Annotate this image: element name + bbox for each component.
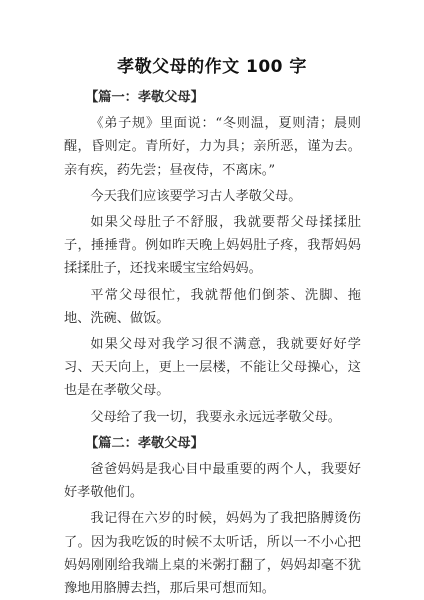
document-page: 孝敬父母的作文 100 字 【篇一：孝敬父母】 《弟子规》里面说：“冬则温，夏则… xyxy=(0,0,424,600)
paragraph: 《弟子规》里面说：“冬则温，夏则清；晨则醒，昏则定。青所好，力为具；亲所恶，谨为… xyxy=(64,112,361,182)
paragraph: 今天我们应该要学习古人孝敬父母。 xyxy=(64,185,361,208)
paragraph: 爸爸妈妈是我心目中最重要的两个人，我要好好孝敬他们。 xyxy=(64,458,361,504)
paragraph: 如果父母肚子不舒服，我就要帮父母揉揉肚子，捶捶背。例如昨天晚上妈妈肚子疼，我帮妈… xyxy=(64,211,361,281)
section-heading-1: 【篇一：孝敬父母】 xyxy=(64,86,361,109)
paragraph: 如果父母对我学习很不满意，我就要好好学习、天天向上，更上一层楼，不能让父母操心，… xyxy=(64,333,361,403)
paragraph: 父母给了我一切，我要永永远远孝敬父母。 xyxy=(64,406,361,429)
paragraph: 平常父母很忙，我就帮他们倒茶、洗脚、拖地、洗碗、做饭。 xyxy=(64,284,361,330)
page-title: 孝敬父母的作文 100 字 xyxy=(0,52,424,77)
section-heading-2: 【篇二：孝敬父母】 xyxy=(64,432,361,455)
document-body: 【篇一：孝敬父母】 《弟子规》里面说：“冬则温，夏则清；晨则醒，昏则定。青所好，… xyxy=(64,86,361,600)
paragraph: 我记得在六岁的时候，妈妈为了我把胳膊烫伤了。因为我吃饭的时候不太听话，所以一不小… xyxy=(64,507,361,600)
